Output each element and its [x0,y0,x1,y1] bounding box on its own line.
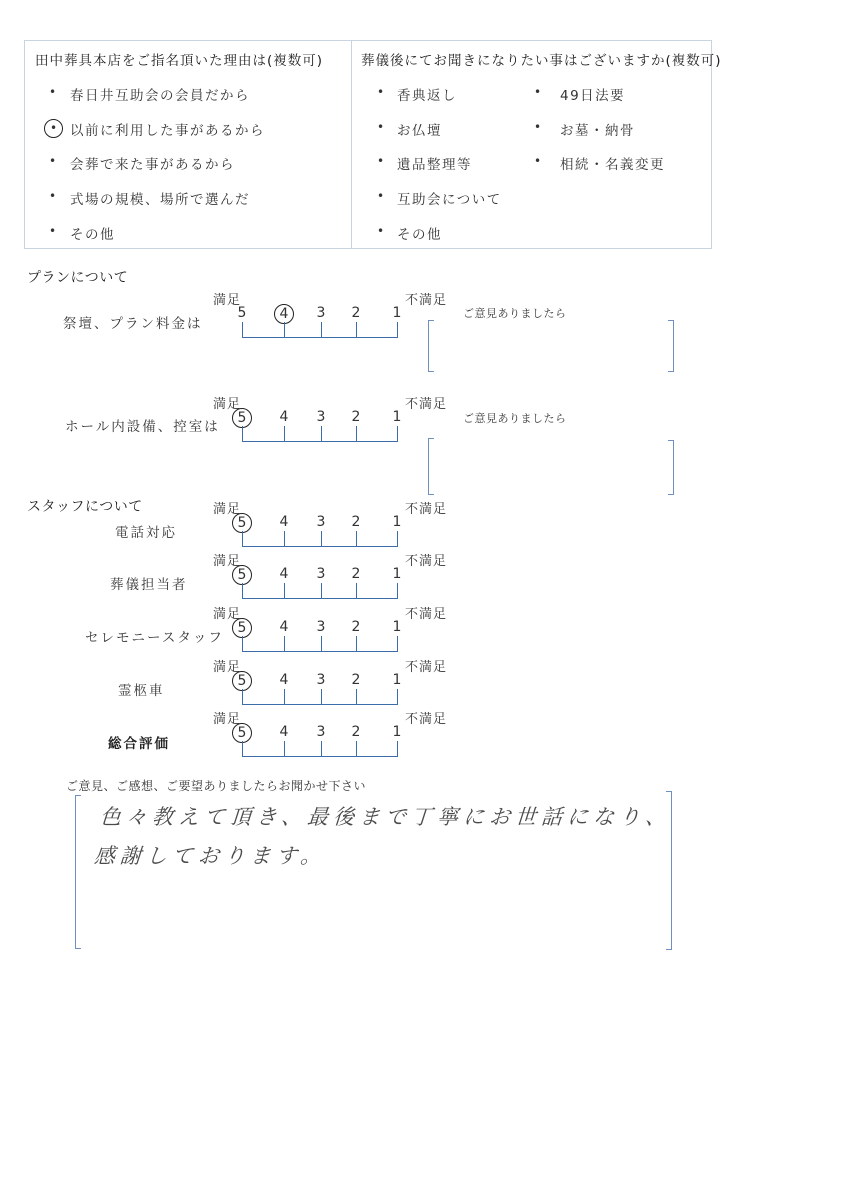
rating-option-5[interactable]: 5 [232,565,252,585]
staff-row-label: 霊柩車 [118,679,165,699]
unsatisfied-label: 不満足 [405,603,447,622]
rating-option-5[interactable]: 5 [232,513,252,533]
unsatisfied-label: 不満足 [405,498,447,517]
unsatisfied-label: 不満足 [405,289,447,308]
bullet-icon[interactable]: • [534,154,541,168]
unsatisfied-label: 不満足 [405,550,447,569]
handwritten-line: 感謝しております。 [93,840,327,870]
rating-scale: 満足 不満足 5 4 3 2 1 [213,498,453,550]
reason-option[interactable]: 会葬で来た事があるから [70,153,235,173]
reason-option[interactable]: その他 [70,223,115,243]
bullet-icon[interactable]: • [377,120,384,134]
rating-option-3[interactable]: 3 [311,304,331,322]
column-divider [351,41,352,248]
rating-option-1[interactable]: 1 [387,618,407,636]
plan-row-label: ホール内設備、控室は [65,415,220,435]
bullet-icon[interactable]: • [377,85,384,99]
plan-comment-field[interactable] [436,322,664,368]
staff-row-label: 電話対応 [115,521,177,541]
scale-line [242,756,398,757]
comment-caption: ご意見ありましたら [463,305,567,321]
rating-option-5[interactable]: 5 [232,671,252,691]
unsatisfied-label: 不満足 [405,656,447,675]
inquiry-option[interactable]: その他 [397,223,442,243]
bullet-icon[interactable]: • [44,119,63,138]
rating-option-1[interactable]: 1 [387,408,407,426]
rating-option-3[interactable]: 3 [311,618,331,636]
reason-option[interactable]: 以前に利用した事があるから [70,119,265,139]
bullet-icon[interactable]: • [377,189,384,203]
rating-scale: 満足 不満足 5 4 3 2 1 [213,708,453,760]
rating-option-2[interactable]: 2 [346,618,366,636]
rating-option-4[interactable]: 4 [274,304,294,324]
rating-option-5[interactable]: 5 [232,723,252,743]
rating-option-4[interactable]: 4 [274,565,294,583]
reason-title: 田中葬具本店をご指名頂いた理由は(複数可) [35,49,323,69]
feedback-caption: ご意見、ご感想、ご要望ありましたらお聞かせ下さい [66,777,366,794]
inquiry-title: 葬儀後にてお聞きになりたい事はございますか(複数可) [361,49,722,69]
rating-option-2[interactable]: 2 [346,671,366,689]
rating-option-4[interactable]: 4 [274,671,294,689]
plan-row-label: 祭壇、プラン料金は [63,312,203,332]
rating-option-5[interactable]: 5 [232,408,252,428]
rating-scale: 満足 不満足 5 4 3 2 1 [213,603,453,655]
rating-option-4[interactable]: 4 [274,723,294,741]
bullet-icon[interactable]: • [49,154,56,168]
reason-option[interactable]: 式場の規模、場所で選んだ [70,188,250,208]
comment-bracket-left [428,320,434,372]
rating-option-1[interactable]: 1 [387,723,407,741]
inquiry-option[interactable]: お墓・納骨 [560,119,635,139]
inquiry-option[interactable]: お仏壇 [397,119,442,139]
question-box: 田中葬具本店をご指名頂いた理由は(複数可) • 春日井互助会の会員だから • 以… [24,40,712,249]
scale-line [242,546,398,547]
bullet-icon[interactable]: • [534,120,541,134]
rating-option-5[interactable]: 5 [232,618,252,638]
comment-bracket-right [668,320,674,372]
rating-option-2[interactable]: 2 [346,723,366,741]
inquiry-option[interactable]: 49日法要 [560,84,625,104]
plan-comment-field[interactable] [436,440,664,490]
staff-row-label: セレモニースタッフ [85,626,224,646]
feedback-bracket-left [75,795,81,949]
rating-scale: 満足 不満足 5 4 3 2 1 [213,656,453,708]
scale-line [242,704,398,705]
scale-line [242,598,398,599]
rating-option-2[interactable]: 2 [346,408,366,426]
rating-option-2[interactable]: 2 [346,513,366,531]
inquiry-option[interactable]: 香典返し [397,84,457,104]
comment-bracket-left [428,438,434,495]
bullet-icon[interactable]: • [49,85,56,99]
plan-heading: プランについて [27,267,128,287]
reason-option[interactable]: 春日井互助会の会員だから [70,84,250,104]
staff-heading: スタッフについて [27,496,143,516]
staff-row-label: 葬儀担当者 [110,573,188,593]
feedback-textarea[interactable]: 色々教えて頂き、最後まで丁寧にお世話になり、 感謝しております。 [84,795,664,945]
rating-option-1[interactable]: 1 [387,513,407,531]
rating-scale: 満足 不満足 5 4 3 2 1 [213,550,453,602]
bullet-icon[interactable]: • [534,85,541,99]
scale-line [242,337,398,338]
rating-option-5[interactable]: 5 [232,304,252,322]
comment-bracket-right [668,440,674,495]
bullet-icon[interactable]: • [377,224,384,238]
comment-caption: ご意見ありましたら [463,410,567,426]
rating-option-1[interactable]: 1 [387,565,407,583]
rating-scale: 満足 不満足 5 4 3 2 1 [213,393,453,445]
rating-option-4[interactable]: 4 [274,408,294,426]
bullet-icon[interactable]: • [49,189,56,203]
rating-option-3[interactable]: 3 [311,671,331,689]
rating-option-1[interactable]: 1 [387,671,407,689]
rating-option-2[interactable]: 2 [346,304,366,322]
bullet-icon[interactable]: • [377,154,384,168]
rating-option-3[interactable]: 3 [311,565,331,583]
scale-line [242,651,398,652]
overall-rating-label: 総合評価 [108,732,170,752]
rating-option-2[interactable]: 2 [346,565,366,583]
unsatisfied-label: 不満足 [405,708,447,727]
rating-option-4[interactable]: 4 [274,618,294,636]
rating-option-4[interactable]: 4 [274,513,294,531]
scale-line [242,441,398,442]
rating-option-1[interactable]: 1 [387,304,407,322]
unsatisfied-label: 不満足 [405,393,447,412]
bullet-icon[interactable]: • [49,224,56,238]
rating-scale: 満足 不満足 5 4 3 2 1 [213,289,453,341]
inquiry-option[interactable]: 遺品整理等 [397,153,472,173]
inquiry-option[interactable]: 相続・名義変更 [560,153,665,173]
handwritten-line: 色々教えて頂き、最後まで丁寧にお世話になり、 [99,801,672,831]
rating-option-3[interactable]: 3 [311,408,331,426]
rating-option-3[interactable]: 3 [311,513,331,531]
inquiry-option[interactable]: 互助会について [397,188,502,208]
rating-option-3[interactable]: 3 [311,723,331,741]
